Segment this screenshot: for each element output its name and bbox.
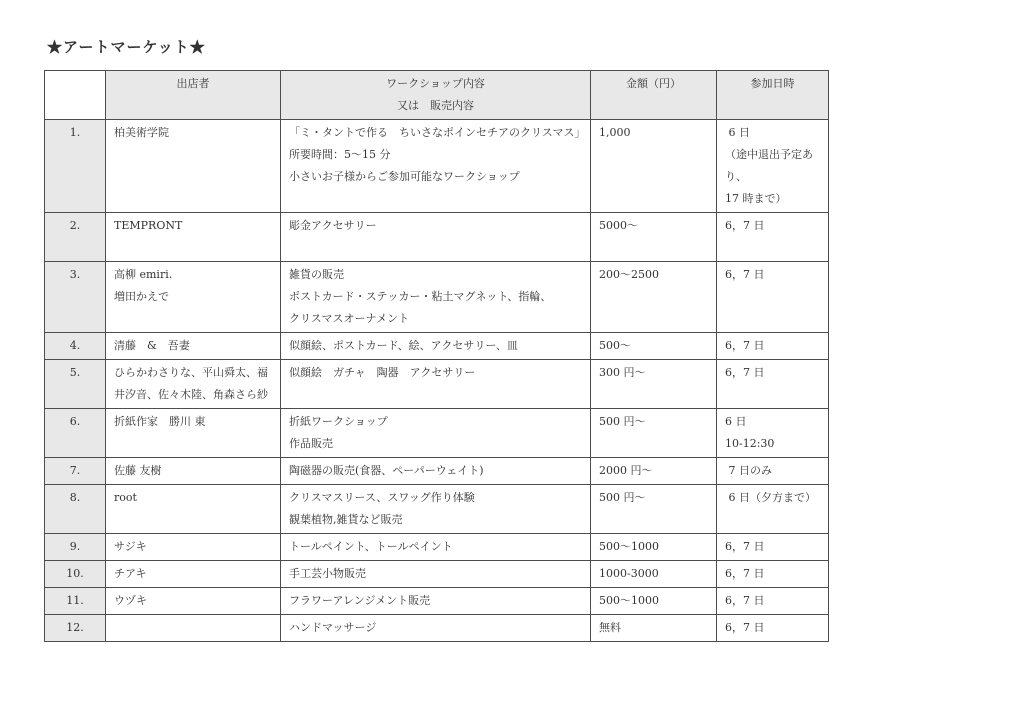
table-row: 2.TEMPRONT彫金アクセサリー5000～6，7 日 [45,213,829,262]
vendor-cell-line: root [114,487,272,509]
header-content: ワークショップ内容 又は 販売内容 [281,71,591,120]
table-row: 6.折紙作家 勝川 東折紙ワークショップ作品販売500 円～6 日10-12:3… [45,409,829,458]
content-cell: ハンドマッサージ [281,615,591,642]
date-cell: 6，7 日 [717,333,829,360]
price-cell-line: 無料 [599,617,708,639]
content-cell-line: 雑貨の販売 [289,264,582,286]
page-title: ★アートマーケット★ [47,36,206,57]
row-number-cell: 11. [45,588,106,615]
content-cell: 陶磁器の販売(食器、ペーパーウェイト) [281,458,591,485]
vendor-cell: TEMPRONT [106,213,281,262]
row-number-cell: 4. [45,333,106,360]
date-cell: 6，7 日 [717,262,829,333]
vendor-cell: サジキ [106,534,281,561]
price-cell-line: 1,000 [599,122,708,144]
vendor-cell: ウヅキ [106,588,281,615]
date-cell-line: 6，7 日 [725,536,820,558]
vendor-cell [106,615,281,642]
price-cell: 500～1000 [591,534,717,561]
date-cell-line: 6，7 日 [725,215,820,237]
table-row: 1.柏美術学院「ミ・タントで作る ちいさなポインセチアのクリスマス」所要時間：5… [45,120,829,213]
date-cell-line: 6，7 日 [725,264,820,286]
vendor-cell: 清藤 & 吾妻 [106,333,281,360]
content-cell-line: トールペイント、トールペイント [289,536,582,558]
row-number-cell-line: 6. [53,411,97,433]
content-cell-line: 折紙ワークショップ [289,411,582,433]
date-cell-line: 6，7 日 [725,590,820,612]
price-cell: 無料 [591,615,717,642]
date-cell-line: 6，7 日 [725,362,820,384]
content-cell-line: 「ミ・タントで作る ちいさなポインセチアのクリスマス」 [289,122,582,144]
row-number-cell-line: 10. [53,563,97,585]
date-cell: 6，7 日 [717,360,829,409]
price-cell: 1000-3000 [591,561,717,588]
vendor-cell-line: チアキ [114,563,272,585]
content-cell: クリスマスリース、スワッグ作り体験観葉植物,雑貨など販売 [281,485,591,534]
row-number-cell-line: 9. [53,536,97,558]
row-number-cell-line: 8. [53,487,97,509]
vendor-cell-line: ひらかわさりな、平山舜太、福井汐音、佐々木陸、角森さら紗 [114,362,272,406]
row-number-cell: 7. [45,458,106,485]
header-vendor: 出店者 [106,71,281,120]
price-cell-line: 2000 円～ [599,460,708,482]
date-cell: 6 日（夕方まで） [717,485,829,534]
art-market-table: 出店者 ワークショップ内容 又は 販売内容 金額（円） 参加日時 1.柏美術学院… [44,70,829,642]
price-cell-line: 500～ [599,335,708,357]
vendor-cell-line: 柏美術学院 [114,122,272,144]
vendor-cell: ひらかわさりな、平山舜太、福井汐音、佐々木陸、角森さら紗 [106,360,281,409]
header-content-line2: 又は 販売内容 [289,95,582,117]
row-number-cell: 10. [45,561,106,588]
price-cell-line: 200～2500 [599,264,708,286]
content-cell-line: ハンドマッサージ [289,617,582,639]
date-cell: 6，7 日 [717,561,829,588]
date-cell-line: （途中退出予定あり、 [725,144,820,188]
vendor-cell: 高柳 emiri.増田かえで [106,262,281,333]
price-cell: 2000 円～ [591,458,717,485]
row-number-cell-line: 12. [53,617,97,639]
date-cell: 7 日のみ [717,458,829,485]
content-cell: 手工芸小物販売 [281,561,591,588]
table-row: 4.清藤 & 吾妻似顔絵、ポストカード、絵、アクセサリー、皿500～6，7 日 [45,333,829,360]
row-number-cell-line: 4. [53,335,97,357]
content-cell-line: クリスマスリース、スワッグ作り体験 [289,487,582,509]
table-row: 10.チアキ手工芸小物販売1000-30006，7 日 [45,561,829,588]
content-cell-line: 似顔絵 ガチャ 陶器 アクセサリー [289,362,582,384]
vendor-cell-line: サジキ [114,536,272,558]
table-row: 11.ウヅキフラワーアレンジメント販売500～10006，7 日 [45,588,829,615]
vendor-cell-line: ウヅキ [114,590,272,612]
document-page: ★アートマーケット★ 出店者 ワークショップ内容 又は 販売内容 金額（円） 参… [0,0,1024,724]
price-cell-line: 500 円～ [599,411,708,433]
header-blank-cell [45,71,106,120]
row-number-cell: 1. [45,120,106,213]
content-cell-line [289,237,582,259]
row-number-cell: 6. [45,409,106,458]
vendor-cell-line: 佐藤 友樹 [114,460,272,482]
table-row: 9.サジキトールペイント、トールペイント500～10006，7 日 [45,534,829,561]
content-cell: 雑貨の販売ポストカード・ステッカー・粘土マグネット、指輪、クリスマスオーナメント [281,262,591,333]
header-content-line1: ワークショップ内容 [289,73,582,95]
date-cell-line: 6 日 [725,122,820,144]
content-cell-line: 観葉植物,雑貨など販売 [289,509,582,531]
date-cell-line: 6，7 日 [725,335,820,357]
row-number-cell: 9. [45,534,106,561]
row-number-cell: 12. [45,615,106,642]
date-cell: 6，7 日 [717,588,829,615]
price-cell: 300 円～ [591,360,717,409]
table-row: 7.佐藤 友樹陶磁器の販売(食器、ペーパーウェイト)2000 円～ 7 日のみ [45,458,829,485]
date-cell-line: 17 時まで） [725,188,820,210]
date-cell: 6 日10-12:30 [717,409,829,458]
content-cell: 折紙ワークショップ作品販売 [281,409,591,458]
price-cell: 500～1000 [591,588,717,615]
vendor-cell-line: 折紙作家 勝川 東 [114,411,272,433]
row-number-cell: 2. [45,213,106,262]
table-row: 5.ひらかわさりな、平山舜太、福井汐音、佐々木陸、角森さら紗似顔絵 ガチャ 陶器… [45,360,829,409]
table-body: 1.柏美術学院「ミ・タントで作る ちいさなポインセチアのクリスマス」所要時間：5… [45,120,829,642]
date-cell: 6，7 日 [717,615,829,642]
date-cell-line: 7 日のみ [725,460,820,482]
content-cell-line: ポストカード・ステッカー・粘土マグネット、指輪、 [289,286,582,308]
row-number-cell: 8. [45,485,106,534]
header-price: 金額（円） [591,71,717,120]
row-number-cell-line: 3. [53,264,97,286]
price-cell: 200～2500 [591,262,717,333]
content-cell: 似顔絵、ポストカード、絵、アクセサリー、皿 [281,333,591,360]
date-cell: 6，7 日 [717,213,829,262]
price-cell: 1,000 [591,120,717,213]
row-number-cell-line: 7. [53,460,97,482]
row-number-cell: 3. [45,262,106,333]
date-cell-line: 6 日（夕方まで） [725,487,820,509]
table-row: 3.高柳 emiri.増田かえで雑貨の販売ポストカード・ステッカー・粘土マグネッ… [45,262,829,333]
date-cell-line: 6，7 日 [725,617,820,639]
vendor-cell: 折紙作家 勝川 東 [106,409,281,458]
row-number-cell-line: 11. [53,590,97,612]
content-cell: 「ミ・タントで作る ちいさなポインセチアのクリスマス」所要時間：5～15 分小さ… [281,120,591,213]
content-cell-line: 小さいお子様からご参加可能なワークショップ [289,166,582,188]
vendor-cell-line: TEMPRONT [114,215,272,237]
table-row: 8.rootクリスマスリース、スワッグ作り体験観葉植物,雑貨など販売500 円～… [45,485,829,534]
vendor-cell-line: 清藤 & 吾妻 [114,335,272,357]
vendor-cell: root [106,485,281,534]
price-cell: 5000～ [591,213,717,262]
vendor-cell: 佐藤 友樹 [106,458,281,485]
date-cell: 6 日（途中退出予定あり、17 時まで） [717,120,829,213]
content-cell: 似顔絵 ガチャ 陶器 アクセサリー [281,360,591,409]
price-cell-line: 500～1000 [599,590,708,612]
price-cell-line: 1000-3000 [599,563,708,585]
row-number-cell: 5. [45,360,106,409]
price-cell: 500 円～ [591,485,717,534]
price-cell-line: 500 円～ [599,487,708,509]
content-cell: トールペイント、トールペイント [281,534,591,561]
price-cell-line: 300 円～ [599,362,708,384]
table-row: 12.ハンドマッサージ無料6，7 日 [45,615,829,642]
date-cell: 6，7 日 [717,534,829,561]
content-cell-line: クリスマスオーナメント [289,308,582,330]
row-number-cell-line: 1. [53,122,97,144]
content-cell-line: 陶磁器の販売(食器、ペーパーウェイト) [289,460,582,482]
date-cell-line: 10-12:30 [725,433,820,455]
vendor-cell: 柏美術学院 [106,120,281,213]
content-cell-line: 作品販売 [289,433,582,455]
content-cell-line: フラワーアレンジメント販売 [289,590,582,612]
date-cell-line: 6 日 [725,411,820,433]
vendor-cell: チアキ [106,561,281,588]
price-cell: 500 円～ [591,409,717,458]
content-cell-line: 所要時間：5～15 分 [289,144,582,166]
content-cell-line: 似顔絵、ポストカード、絵、アクセサリー、皿 [289,335,582,357]
header-row: 出店者 ワークショップ内容 又は 販売内容 金額（円） 参加日時 [45,71,829,120]
price-cell-line: 500～1000 [599,536,708,558]
header-date: 参加日時 [717,71,829,120]
row-number-cell-line: 5. [53,362,97,384]
content-cell: 彫金アクセサリー [281,213,591,262]
content-cell-line: 彫金アクセサリー [289,215,582,237]
vendor-cell-line: 高柳 emiri. [114,264,272,286]
price-cell: 500～ [591,333,717,360]
vendor-cell-line: 増田かえで [114,286,272,308]
date-cell-line: 6，7 日 [725,563,820,585]
content-cell-line: 手工芸小物販売 [289,563,582,585]
price-cell-line: 5000～ [599,215,708,237]
content-cell: フラワーアレンジメント販売 [281,588,591,615]
row-number-cell-line: 2. [53,215,97,237]
